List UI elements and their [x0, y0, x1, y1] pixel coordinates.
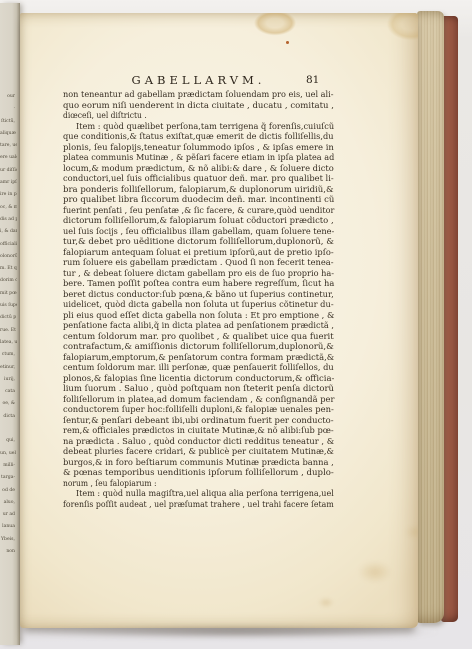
text-line: plonis, ſeu falopijs,teneatur ſolummodo … — [63, 143, 334, 154]
marginalia-line: tare, uel di — [0, 140, 17, 152]
marginalia-line: ur ad — [0, 509, 17, 521]
ink-spot — [286, 41, 289, 44]
marginalia-line: Ybeis, — [0, 534, 17, 546]
text-line: uidelicet, quòd dicta gabella non ſoluta… — [63, 300, 334, 311]
marginalia-line: etinur, — [0, 362, 17, 374]
text-block: non teneantur ad gabellam prædictam ſolu… — [63, 90, 334, 510]
marginalia-line: aluo, — [0, 497, 17, 509]
text-line: centum ſoldorum mar. illi perſonæ, quæ p… — [63, 363, 334, 374]
marginalia-line: dis ad pœ — [0, 214, 17, 226]
text-line: non teneantur ad gabellam prædictam ſolu… — [63, 90, 334, 101]
text-line: tur , & debeat ſoluere dictam gabellam p… — [63, 269, 334, 280]
page-number: 81 — [306, 74, 319, 86]
text-line: burgos,& in foro beſtiarum communis Muti… — [63, 458, 334, 469]
text-line: beret dictus conductor:ſub pœna,& bãno u… — [63, 290, 334, 301]
marginalia-line: ere uale — [0, 152, 17, 164]
text-line: rum ſoluere eis gabellam prædictam . Quo… — [63, 258, 334, 269]
book-photograph: our·ſtictũ,aliquæ adtare, uel diere uale… — [0, 0, 472, 649]
text-line: rem,& officiales prædictos in ciuitate M… — [63, 426, 334, 437]
marginalia-line: iurij, — [0, 374, 17, 386]
text-line: fuerint penſati , ſeu penſatæ ,& ſic fac… — [63, 206, 334, 217]
stain — [248, 13, 302, 39]
text-line: folliſellorum in platea,ad domum faciend… — [63, 395, 334, 406]
text-line: forenſis poſſit audeat , uel præſumat tr… — [63, 500, 334, 511]
marginalia-line: dictū p — [0, 312, 17, 324]
text-line: ſentur,& penſari debeant ibi,ubi ordinat… — [63, 416, 334, 427]
marginalia-line: officiali — [0, 239, 17, 251]
marginalia-line: milli- — [0, 460, 17, 472]
marginalia-line: ſtictũ, — [0, 116, 17, 128]
text-line: pro qualibet libra ſiccorum duodecim deñ… — [63, 195, 334, 206]
stain — [380, 13, 418, 45]
marginalia-line: aliquæ ad — [0, 128, 17, 140]
text-line: uel ſuis ſocijs , ſeu officialibus illam… — [63, 227, 334, 238]
marginalia-line: mit pœ — [0, 288, 17, 300]
text-line: debeat pluries facere cridari, & publicè… — [63, 447, 334, 458]
text-line: conductori,uel ſuis officialibus quatuor… — [63, 174, 334, 185]
text-line: bere. Tamen poſſit poſtea contra eum hab… — [63, 279, 334, 290]
marginalia-line: oc, & ma — [0, 202, 17, 214]
marginalia-fragments: our·ſtictũ,aliquæ adtare, uel diere uale… — [0, 91, 17, 558]
marginalia-line: ur diſſicili — [0, 165, 17, 177]
text-line: quo eorum niſi uenderent in dicta ciuita… — [63, 101, 334, 112]
text-line: locum,& modum prædictum, & nõ alibi:& da… — [63, 164, 334, 175]
marginalia-line: oe, & — [0, 398, 17, 410]
marginalia-line: m. Et qu — [0, 263, 17, 275]
marginalia-line: un, uel — [0, 448, 17, 460]
foxing-spot — [405, 525, 418, 539]
text-line: norum , ſeu falopiarum : — [63, 479, 334, 490]
text-line: contrafactum,& amiſſionis dictorum folli… — [63, 342, 334, 353]
marginalia-line: · — [0, 103, 17, 115]
text-line: platea communis Mutinæ , & pẽſari facere… — [63, 153, 334, 164]
marginalia-line: uis ſupe- — [0, 300, 17, 312]
marginalia-line — [0, 423, 17, 435]
text-line: penſatione facta alibi,q̃ in dicta plate… — [63, 321, 334, 332]
facing-page-edge: our·ſtictũ,aliquæ adtare, uel diere uale… — [0, 3, 20, 645]
text-line: Item : quòd nulla magiſtra,uel aliqua al… — [63, 489, 334, 500]
marginalia-line: qui, — [0, 435, 17, 447]
marginalia-line: non — [0, 546, 17, 558]
foxing-spot — [318, 597, 334, 608]
text-line: plonos,& falopias ſine licentia dictorum… — [63, 374, 334, 385]
marginalia-line: rue. Et p — [0, 325, 17, 337]
marginalia-line: dicta — [0, 411, 17, 423]
book-page: GABELLARVM. 81 non teneantur ad gabellam… — [20, 13, 418, 628]
running-title: GABELLARVM. — [63, 73, 334, 87]
text-line: que conditionis,& ſtatus exiſtat,quæ eme… — [63, 132, 334, 143]
text-line: tur,& debet pro uẽditione dictorum folli… — [63, 237, 334, 248]
marginalia-line: targa- — [0, 472, 17, 484]
foxing-spot — [358, 561, 392, 583]
marginalia-line: our — [0, 91, 17, 103]
text-line: & pœnas temporibus uenditionis ipſorum f… — [63, 468, 334, 479]
text-line: centum ſoldorum mar. pro quolibet , & qu… — [63, 332, 334, 343]
text-line: diœceſi, uel diſtrictu . — [63, 111, 334, 122]
marginalia-line: olonorũ, — [0, 251, 17, 263]
page-shadow — [34, 626, 442, 638]
marginalia-line: lanua — [0, 521, 17, 533]
text-line: pli eius quod eſſet dicta gabella non ſo… — [63, 311, 334, 322]
marginalia-line: od de — [0, 485, 17, 497]
marginalia-line: ire in pla — [0, 189, 17, 201]
text-line: lium ſuorum . Saluo , quòd poſtquam non … — [63, 384, 334, 395]
marginalia-line: cata — [0, 386, 17, 398]
text-line: falopiarum,emptorum,& penſatorum contra … — [63, 353, 334, 364]
marginalia-line: dorim do — [0, 275, 17, 287]
page-block-fore-edge — [417, 11, 444, 623]
marginalia-line: ctum, — [0, 349, 17, 361]
text-line: na prædicta . Saluo , quòd conductor dic… — [63, 437, 334, 448]
marginalia-line: i, & dare — [0, 226, 17, 238]
text-line: dictorum folliſellorum,& falopiarum ſolu… — [63, 216, 334, 227]
text-line: falopiarum antequam ſoluat ei pretium ip… — [63, 248, 334, 259]
marginalia-line: latea, ut — [0, 337, 17, 349]
text-line: conductorem ſuper hoc:folliſelli duploni… — [63, 405, 334, 416]
text-line: bra ponderis folliſellorum, falopiarum,&… — [63, 185, 334, 196]
marginalia-line: amr ipſi. — [0, 177, 17, 189]
text-line: Item : quòd quælibet perſona,tam terrige… — [63, 122, 334, 133]
